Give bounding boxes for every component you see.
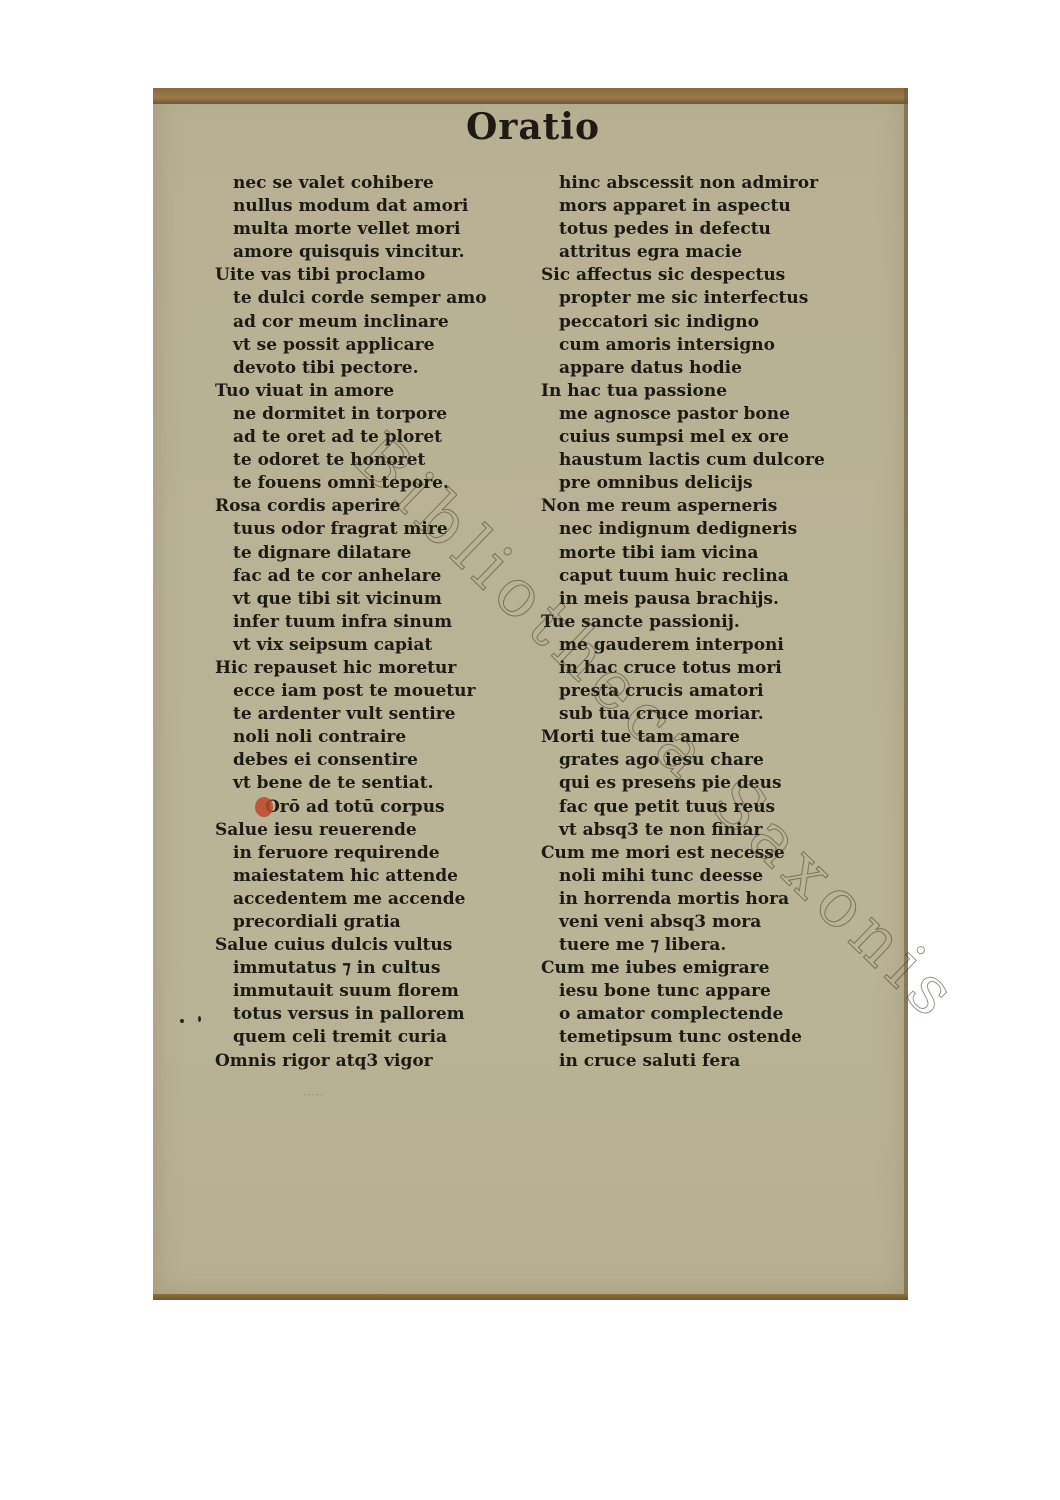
line-text: in hac cruce totus mori [559,658,782,678]
verse-line: morte tibi iam vicina [541,542,851,565]
line-text: temetipsum tunc ostende [559,1027,802,1047]
line-text: sub tua cruce moriar. [559,704,764,724]
verse-line: ad te oret ad te ploret [215,426,505,449]
line-text: tuere me ⁊ libera. [559,935,726,955]
line-text: immutauit suum florem [233,981,459,1001]
verse-line: precordiali gratia [215,911,505,934]
line-text: caput tuum huic reclina [559,566,789,586]
stanza-first-line: Salue iesu reuerende [215,819,505,842]
verse-line: te odoret te honoret [215,449,505,472]
stanza-first-line: Omnis rigor atq3 vigor [215,1050,505,1073]
stanza-first-line: Cum me mori est necesse [541,842,851,865]
right-column: hinc abscessit non admirormors apparet i… [541,172,851,1073]
verse-line: attritus egra macie [541,241,851,264]
verse-line: totus pedes in defectu [541,218,851,241]
verse-line: in feruore requirende [215,842,505,865]
line-text: Non me reum asperneris [541,496,777,516]
verse-line: vt vix seipsum capiat [215,634,505,657]
stanza-first-line: Tue sancte passionij. [541,611,851,634]
line-text: pre omnibus delicijs [559,473,753,493]
line-text: Tue sancte passionij. [541,612,740,632]
verse-line: amore quisquis vincitur. [215,241,505,264]
line-text: multa morte vellet mori [233,219,460,239]
line-text: vt que tibi sit vicinum [233,589,442,609]
line-text: cum amoris intersigno [559,335,775,355]
line-text: amore quisquis vincitur. [233,242,465,262]
red-paragraph-mark-icon [255,797,273,817]
line-text: devoto tibi pectore. [233,358,419,378]
line-text: appare datus hodie [559,358,742,378]
verse-line: ad cor meum inclinare [215,311,505,334]
line-text: Uite vas tibi proclamo [215,265,425,285]
line-text: debes ei consentire [233,750,418,770]
verse-line: o amator complectende [541,1003,851,1026]
line-text: qui es presens pie deus [559,773,782,793]
line-text: vt absq3 te non finiar [559,820,762,840]
stanza-first-line: Cum me iubes emigrare [541,957,851,980]
verse-line: appare datus hodie [541,357,851,380]
verse-line: qui es presens pie deus [541,772,851,795]
line-text: totus pedes in defectu [559,219,771,239]
stanza-first-line: In hac tua passione [541,380,851,403]
verse-line: fac ad te cor anhelare [215,565,505,588]
line-text: noli mihi tunc deesse [559,866,763,886]
line-text: vt se possit applicare [233,335,434,355]
verse-line: hinc abscessit non admiror [541,172,851,195]
verse-line: te dulci corde semper amo [215,287,505,310]
verse-line: ne dormitet in torpore [215,403,505,426]
verse-line: immutauit suum florem [215,980,505,1003]
line-text: ad te oret ad te ploret [233,427,442,447]
verse-line: noli noli contraire [215,726,505,749]
verse-line: multa morte vellet mori [215,218,505,241]
line-text: morte tibi iam vicina [559,543,758,563]
stanza-first-line: Hic repauset hic moretur [215,657,505,680]
verse-line: cuius sumpsi mel ex ore [541,426,851,449]
line-text: ad cor meum inclinare [233,312,449,332]
line-text: attritus egra macie [559,242,742,262]
page-title: Oratio [463,106,603,148]
book-page: Oratio nec se valet cohiberenullus modum… [153,88,908,1300]
line-text: Cum me iubes emigrare [541,958,769,978]
line-text: Rosa cordis aperire [215,496,400,516]
verse-line: immutatus ⁊ in cultus [215,957,505,980]
verse-line: devoto tibi pectore. [215,357,505,380]
line-text: veni veni absq3 mora [559,912,761,932]
line-text: te dulci corde semper amo [233,288,487,308]
verse-line: vt que tibi sit vicinum [215,588,505,611]
line-text: te ardenter vult sentire [233,704,455,724]
line-text: Salue cuius dulcis vultus [215,935,452,955]
verse-line: propter me sic interfectus [541,287,851,310]
line-text: hinc abscessit non admiror [559,173,818,193]
verse-line: presta crucis amatori [541,680,851,703]
verse-line: totus versus in pallorem [215,1003,505,1026]
line-text: grates ago iesu chare [559,750,764,770]
line-text: ne dormitet in torpore [233,404,447,424]
line-text: nec indignum dedigneris [559,519,797,539]
line-text: mors apparet in aspectu [559,196,791,216]
verse-line: te dignare dilatare [215,542,505,565]
stanza-first-line: Tuo viuat in amore [215,380,505,403]
verse-line: ecce iam post te mouetur [215,680,505,703]
line-text: propter me sic interfectus [559,288,808,308]
verse-line: debes ei consentire [215,749,505,772]
verse-line: vt bene de te sentiat. [215,772,505,795]
line-text: vt vix seipsum capiat [233,635,432,655]
line-text: accedentem me accende [233,889,466,909]
verse-line: sub tua cruce moriar. [541,703,851,726]
line-text: precordiali gratia [233,912,401,932]
verse-line: cum amoris intersigno [541,334,851,357]
line-text: tuus odor fragrat mire [233,519,448,539]
line-text: in feruore requirende [233,843,440,863]
line-text: peccatori sic indigno [559,312,759,332]
line-text: quem celi tremit curia [233,1027,447,1047]
verse-line: caput tuum huic reclina [541,565,851,588]
line-text: cuius sumpsi mel ex ore [559,427,789,447]
line-text: haustum lactis cum dulcore [559,450,825,470]
verse-line: veni veni absq3 mora [541,911,851,934]
line-text: presta crucis amatori [559,681,764,701]
line-text: in meis pausa brachijs. [559,589,779,609]
left-column: nec se valet cohiberenullus modum dat am… [215,172,505,1073]
line-text: in horrenda mortis hora [559,889,789,909]
line-text: iesu bone tunc appare [559,981,771,1001]
verse-line: quem celi tremit curia [215,1026,505,1049]
line-text: Omnis rigor atq3 vigor [215,1051,433,1071]
show-through-text: ····· [303,1088,324,1103]
line-text: fac que petit tuus reus [559,797,775,817]
verse-line: nullus modum dat amori [215,195,505,218]
line-text: me gauderem interponi [559,635,784,655]
ink-spot [180,1019,184,1023]
verse-line: tuere me ⁊ libera. [541,934,851,957]
verse-line: iesu bone tunc appare [541,980,851,1003]
verse-line: in hac cruce totus mori [541,657,851,680]
line-text: nullus modum dat amori [233,196,468,216]
verse-line: haustum lactis cum dulcore [541,449,851,472]
line-text: me agnosce pastor bone [559,404,790,424]
verse-line: in cruce saluti fera [541,1050,851,1073]
stanza-first-line: Salue cuius dulcis vultus [215,934,505,957]
line-text: totus versus in pallorem [233,1004,465,1024]
verse-line: vt absq3 te non finiar [541,819,851,842]
verse-line: nec indignum dedigneris [541,518,851,541]
page-right-edge [904,88,908,1300]
line-text: o amator complectende [559,1004,783,1024]
verse-line: maiestatem hic attende [215,865,505,888]
verse-line: te ardenter vult sentire [215,703,505,726]
line-text: Sic affectus sic despectus [541,265,785,285]
line-text: vt bene de te sentiat. [233,773,434,793]
verse-line: te fouens omni tepore. [215,472,505,495]
stanza-first-line: Morti tue tam amare [541,726,851,749]
verse-line: temetipsum tunc ostende [541,1026,851,1049]
line-text: Orō ad totū corpus [265,797,445,817]
line-text: Cum me mori est necesse [541,843,785,863]
line-text: In hac tua passione [541,381,727,401]
verse-line: grates ago iesu chare [541,749,851,772]
line-text: Hic repauset hic moretur [215,658,456,678]
verse-line: fac que petit tuus reus [541,796,851,819]
verse-line: tuus odor fragrat mire [215,518,505,541]
ink-spot [198,1016,201,1022]
line-text: maiestatem hic attende [233,866,458,886]
stanza-first-line: Uite vas tibi proclamo [215,264,505,287]
line-text: nec se valet cohibere [233,173,434,193]
line-text: infer tuum infra sinum [233,612,452,632]
line-text: noli noli contraire [233,727,406,747]
verse-line: peccatori sic indigno [541,311,851,334]
line-text: Morti tue tam amare [541,727,740,747]
page-bottom-edge [153,1294,908,1300]
verse-line: noli mihi tunc deesse [541,865,851,888]
verse-line: mors apparet in aspectu [541,195,851,218]
verse-line: vt se possit applicare [215,334,505,357]
line-text: te dignare dilatare [233,543,411,563]
line-text: fac ad te cor anhelare [233,566,441,586]
line-text: immutatus ⁊ in cultus [233,958,440,978]
verse-line: infer tuum infra sinum [215,611,505,634]
verse-line: me gauderem interponi [541,634,851,657]
stanza-first-line: Non me reum asperneris [541,495,851,518]
verse-line: in meis pausa brachijs. [541,588,851,611]
line-text: Tuo viuat in amore [215,381,394,401]
line-text: ecce iam post te mouetur [233,681,475,701]
verse-line: accedentem me accende [215,888,505,911]
line-text: in cruce saluti fera [559,1051,740,1071]
verse-line: in horrenda mortis hora [541,888,851,911]
page-top-edge [153,88,908,104]
verse-line: nec se valet cohibere [215,172,505,195]
line-text: te odoret te honoret [233,450,425,470]
line-text: te fouens omni tepore. [233,473,449,493]
verse-line: me agnosce pastor bone [541,403,851,426]
stanza-first-line: Rosa cordis aperire [215,495,505,518]
rubric-heading: Orō ad totū corpus [215,796,505,819]
stanza-first-line: Sic affectus sic despectus [541,264,851,287]
verse-line: pre omnibus delicijs [541,472,851,495]
line-text: Salue iesu reuerende [215,820,417,840]
